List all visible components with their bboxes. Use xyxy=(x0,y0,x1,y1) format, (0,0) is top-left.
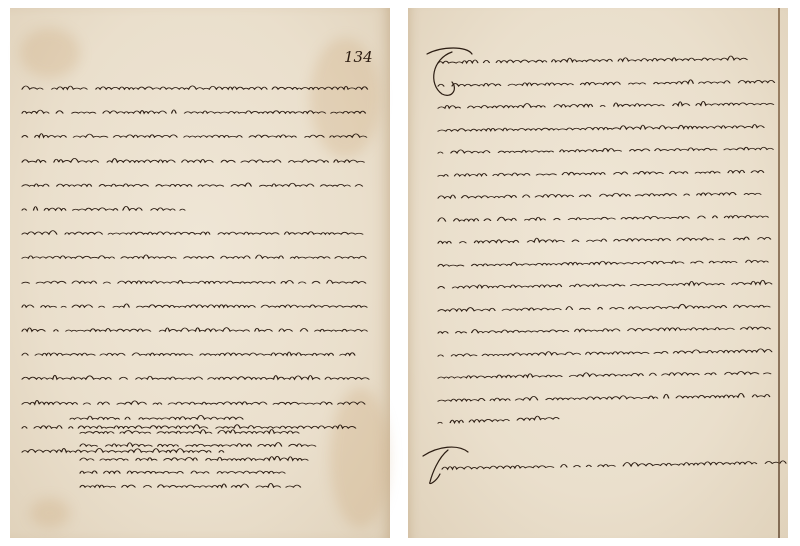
paper-stain xyxy=(20,28,80,78)
handwritten-line xyxy=(22,221,362,239)
handwritten-line xyxy=(22,245,362,263)
handwritten-line xyxy=(22,366,362,384)
handwritten-line xyxy=(438,253,768,271)
handwritten-line xyxy=(438,163,768,181)
paper-stain xyxy=(330,388,390,528)
handwritten-line xyxy=(22,270,362,288)
right-entry-fragment: Item darnach da man zalt 1409 jar ... xyxy=(408,8,409,9)
handwritten-line xyxy=(438,298,768,316)
left-entry-fragment: In dem namen gottes ... xyxy=(10,8,11,9)
handwritten-line xyxy=(438,208,768,226)
handwritten-line xyxy=(438,343,768,361)
folio-number: 134 xyxy=(344,48,373,66)
handwritten-line xyxy=(438,365,768,383)
handwritten-line xyxy=(438,320,768,338)
handwritten-line xyxy=(438,410,558,428)
handwritten-line xyxy=(22,76,362,94)
handwritten-line xyxy=(438,230,768,248)
handwritten-line xyxy=(80,474,295,492)
handwritten-line xyxy=(22,197,182,215)
paper-stain xyxy=(30,498,70,528)
handwritten-line xyxy=(438,140,768,158)
left-page: 134 In dem namen gottes ... xyxy=(10,8,390,538)
handwritten-line xyxy=(438,275,768,293)
handwritten-line xyxy=(438,185,768,203)
handwritten-line xyxy=(438,118,768,136)
handwritten-line xyxy=(22,100,362,118)
handwritten-line xyxy=(438,50,748,68)
handwritten-line xyxy=(438,388,768,406)
right-page: Item mein liebe muoter starb ... Item da… xyxy=(408,8,788,538)
handwritten-line xyxy=(438,95,768,113)
handwritten-line xyxy=(22,342,362,360)
handwritten-line xyxy=(22,124,362,142)
handwritten-line xyxy=(22,173,362,191)
handwritten-line xyxy=(22,294,362,312)
right-opening-fragment: Item mein liebe muoter starb ... xyxy=(408,8,409,9)
handwritten-line xyxy=(438,73,768,91)
handwritten-line xyxy=(22,149,362,167)
handwritten-line xyxy=(22,318,362,336)
handwritten-line xyxy=(442,456,782,474)
